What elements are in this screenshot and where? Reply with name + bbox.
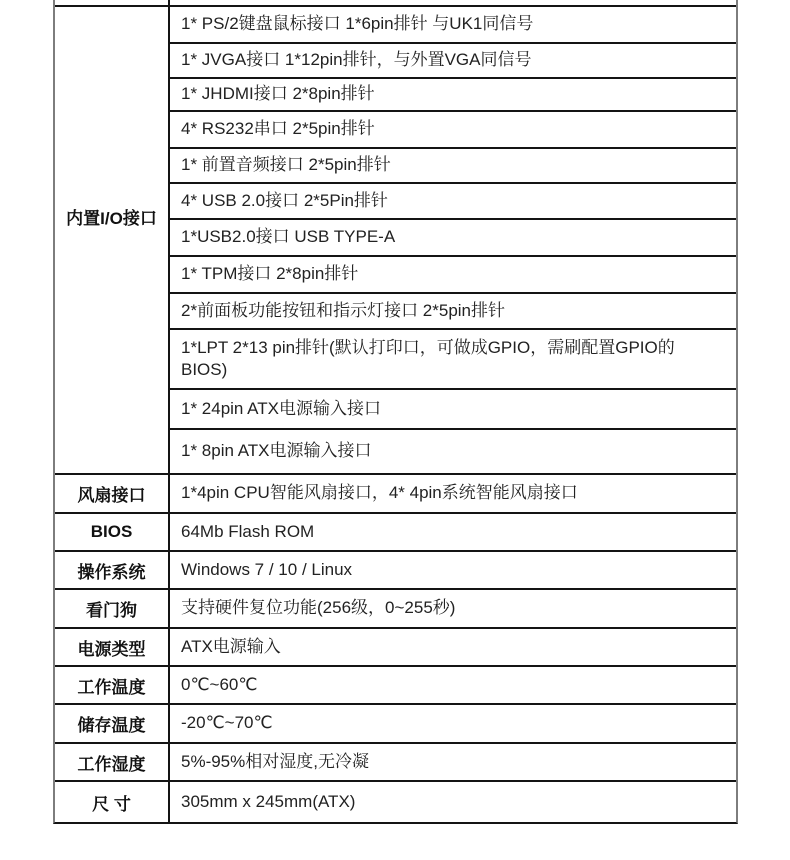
row-value: 1* 前置音频接口 2*5pin排针 [181, 154, 391, 176]
table-row: 1* JHDMI接口 2*8pin排针 [170, 77, 736, 110]
table-top-sliver-row [55, 0, 736, 5]
row-value: 1* TPM接口 2*8pin排针 [181, 263, 358, 285]
table-row-bios: BIOS 64Mb Flash ROM [55, 512, 736, 550]
spec-table: 内置I/O接口 1* PS/2键盘鼠标接口 1*6pin排针 与UK1同信号 1… [53, 0, 738, 824]
table-row-operating-temp: 工作温度 0℃~60℃ [55, 665, 736, 703]
row-value: 4* RS232串口 2*5pin排针 [181, 118, 375, 140]
row-value: 2*前面板功能按钮和指示灯接口 2*5pin排针 [181, 300, 505, 322]
row-value: 0℃~60℃ [170, 667, 736, 703]
table-row: 1* JVGA接口 1*12pin排针，与外置VGA同信号 [170, 42, 736, 77]
table-top-sliver-value-cell [170, 0, 736, 5]
row-label: 电源类型 [55, 629, 170, 665]
table-row: 1* 8pin ATX电源输入接口 [170, 428, 736, 473]
row-label: 工作湿度 [55, 744, 170, 780]
row-value: 支持硬件复位功能(256级，0~255秒) [170, 590, 736, 627]
row-value: ATX电源输入 [170, 629, 736, 665]
table-row-fan: 风扇接口 1*4pin CPU智能风扇接口，4* 4pin系统智能风扇接口 [55, 473, 736, 512]
table-row-os: 操作系统 Windows 7 / 10 / Linux [55, 550, 736, 588]
table-row: 1*LPT 2*13 pin排针(默认打印口，可做成GPIO，需刷配置GPIO的… [170, 328, 736, 388]
row-value: 5%-95%相对湿度,无冷凝 [170, 744, 736, 780]
row-label: 风扇接口 [55, 475, 170, 512]
row-value: 1* JVGA接口 1*12pin排针，与外置VGA同信号 [181, 49, 531, 71]
io-section-values: 1* PS/2键盘鼠标接口 1*6pin排针 与UK1同信号 1* JVGA接口… [170, 7, 736, 473]
row-value: 64Mb Flash ROM [170, 514, 736, 550]
table-row: 4* USB 2.0接口 2*5Pin排针 [170, 182, 736, 218]
table-row: 1* 24pin ATX电源输入接口 [170, 388, 736, 428]
row-label: 储存温度 [55, 705, 170, 742]
row-value: 1*USB2.0接口 USB TYPE-A [181, 226, 395, 248]
row-value: 1* 24pin ATX电源输入接口 [181, 398, 381, 420]
table-row-humidity: 工作湿度 5%-95%相对湿度,无冷凝 [55, 742, 736, 780]
row-label: 操作系统 [55, 552, 170, 588]
row-value: 1* JHDMI接口 2*8pin排针 [181, 83, 375, 105]
table-row: 1* TPM接口 2*8pin排针 [170, 255, 736, 292]
row-value: -20℃~70℃ [170, 705, 736, 742]
table-row-watchdog: 看门狗 支持硬件复位功能(256级，0~255秒) [55, 588, 736, 627]
row-value: 1* 8pin ATX电源输入接口 [181, 440, 372, 462]
io-section: 内置I/O接口 1* PS/2键盘鼠标接口 1*6pin排针 与UK1同信号 1… [55, 5, 736, 473]
row-label: BIOS [55, 514, 170, 550]
table-row: 1*USB2.0接口 USB TYPE-A [170, 218, 736, 255]
row-value: 1*4pin CPU智能风扇接口，4* 4pin系统智能风扇接口 [170, 475, 736, 512]
row-label: 看门狗 [55, 590, 170, 627]
row-value: Windows 7 / 10 / Linux [170, 552, 736, 588]
row-value: 4* USB 2.0接口 2*5Pin排针 [181, 190, 388, 212]
row-value: 1* PS/2键盘鼠标接口 1*6pin排针 与UK1同信号 [181, 13, 533, 35]
table-row: 2*前面板功能按钮和指示灯接口 2*5pin排针 [170, 292, 736, 328]
table-row-power-type: 电源类型 ATX电源输入 [55, 627, 736, 665]
io-section-label: 内置I/O接口 [66, 204, 157, 229]
table-row-storage-temp: 储存温度 -20℃~70℃ [55, 703, 736, 742]
table-row: 1* PS/2键盘鼠标接口 1*6pin排针 与UK1同信号 [170, 7, 736, 42]
row-label: 工作温度 [55, 667, 170, 703]
table-top-sliver-label-cell [55, 0, 170, 5]
io-section-label-cell: 内置I/O接口 [55, 7, 170, 473]
row-value: 305mm x 245mm(ATX) [170, 782, 736, 822]
table-row-dimensions: 尺 寸 305mm x 245mm(ATX) [55, 780, 736, 822]
table-row: 4* RS232串口 2*5pin排针 [170, 110, 736, 147]
row-value: 1*LPT 2*13 pin排针(默认打印口，可做成GPIO，需刷配置GPIO的… [181, 337, 712, 382]
row-label: 尺 寸 [55, 782, 170, 822]
table-row: 1* 前置音频接口 2*5pin排针 [170, 147, 736, 182]
